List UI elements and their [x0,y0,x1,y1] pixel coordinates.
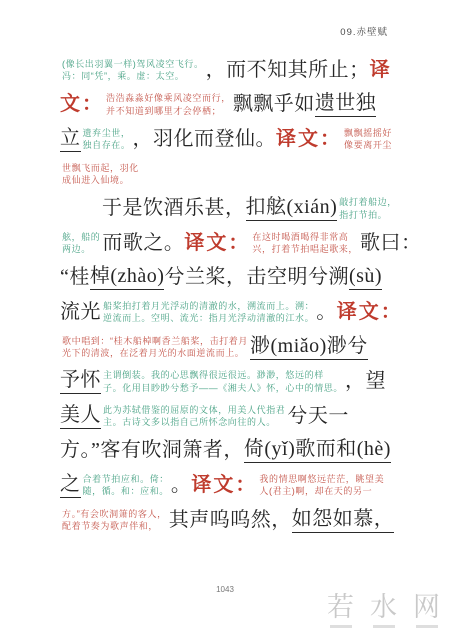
content: (像长出羽翼一样)驾风凌空飞行。冯：同“凭”，乘。虚：太空。，而不知其所止；译文… [60,53,400,537]
note-line: 像要离开尘 [344,139,392,152]
source-text: 其声呜呜然， [169,509,292,532]
source-text: 。 [316,301,337,324]
note-line: 浩浩淼淼好像乘风凌空而行， [106,92,231,105]
source-text-underlined: 如怨如慕， [292,508,395,533]
note-line: 成仙进入仙境。 [62,174,139,187]
watermark-subtext-mark [416,625,438,628]
translation-red-note: 方。”有会吹洞箫的客人，配着节奏为歌声伴和， [62,508,167,533]
note-line: 我的情思啊悠远茫茫，眺望美 [259,473,384,486]
text-line: 于是饮酒乐甚，扣舷(xián)敲打着船边，指打节拍。 [102,191,400,226]
annotation-green-note: (像长出羽翼一样)驾风凌空飞行。冯：同“凭”，乘。虚：太空。 [62,58,204,83]
text-line: (像长出羽翼一样)驾风凌空飞行。冯：同“凭”，乘。虚：太空。，而不知其所止；译 [60,53,400,88]
source-text: ，而不知其所止； [206,59,370,82]
source-text-underlined: 立 [60,127,81,152]
source-text-underlined: 予怀 [60,369,101,394]
note-line: 随，循。和：应和。 [83,485,169,498]
watermark-char: 若 [327,594,354,628]
note-line: 兴，打着节拍唱起歌来， [252,243,358,256]
text-line: 流光船桨拍打着月光浮动的清澈的水，溯流而上。溯：逆流而上。空明、流光：指月光浮动… [60,295,400,330]
source-text-underlined: 扣舷(xián) [246,196,338,221]
translation-red-note: 世飘飞而起，羽化成仙进入仙境。 [62,162,139,187]
note-line: 遗弃尘世， [83,127,131,140]
translation-label: 译文： [276,128,342,151]
text-line: 美人此为苏轼借鉴的屈原的文体，用美人代指君主。古诗文多以指自己所怀念向往的人。兮… [60,399,400,434]
note-line: 飘飘摇摇好 [344,127,392,140]
translation-red-note: 飘飘摇摇好像要离开尘 [344,127,392,152]
source-text-underlined: (sù) [349,265,382,290]
note-line: 方。”有会吹洞箫的客人， [62,508,167,521]
note-line: 配着节奏为歌声伴和， [62,520,167,533]
text-line: 之合着节拍应和。倚：随，循。和：应和。。译文：我的情思啊悠远茫茫，眺望美人(君主… [60,468,400,503]
watermark-subtext-mark [373,625,395,628]
translation-label: 译 [370,59,392,82]
source-text-underlined: 之 [60,473,81,498]
source-text: 流光 [60,301,101,324]
source-text-underlined: 美人 [60,404,101,429]
source-text: ，望 [345,370,386,393]
text-line: 世飘飞而起，羽化成仙进入仙境。 [60,157,400,192]
note-line: 主谓倒装。我的心思飘得很远很远。渺渺，悠远的样 [103,369,343,382]
source-text-underlined: 倚(yǐ)歌而和(hè) [244,438,391,463]
source-text: 于是饮酒乐甚， [102,197,246,220]
annotation-green-note: 敲打着船边，指打节拍。 [339,196,397,221]
note-line: 并不知道到哪里才会停栖； [106,105,231,118]
watermark-char: 网 [413,594,440,628]
source-text-underlined: 棹(zhào) [90,265,165,290]
annotation-green-note: 主谓倒装。我的心思飘得很远很远。渺渺，悠远的样子。化用目眇眇兮愁予——《湘夫人》… [103,369,343,394]
watermark-char-text: 网 [413,594,440,621]
source-text: ，羽化而登仙。 [133,128,277,151]
source-text: 。 [171,474,192,497]
text-line: 立遗弃尘世，独自存在。，羽化而登仙。译文：飘飘摇摇好像要离开尘 [60,122,400,157]
note-line: 船桨拍打着月光浮动的清澈的水，溯流而上。溯： [103,300,314,313]
source-text-underlined: 遗世独 [315,92,377,117]
note-line: 光下的清波，在泛着月光的水面逆流而上。 [62,347,248,360]
source-text: 歌曰： [360,232,422,255]
note-line: 此为苏轼借鉴的屈原的文体，用美人代指君 [103,404,285,417]
source-text: “桂 [60,266,90,289]
text-line: 舷，船的两边。而歌之。译文：在这时喝酒喝得非常高兴，打着节拍唱起歌来，歌曰： [60,226,400,261]
watermark-char: 水 [370,594,397,628]
text-line: 予怀主谓倒装。我的心思飘得很远很远。渺渺，悠远的样子。化用目眇眇兮愁予——《湘夫… [60,364,400,399]
text-line: 方。”客有吹洞箫者，倚(yǐ)歌而和(hè) [60,434,400,469]
translation-label: 文： [60,93,104,116]
source-text-underlined: 渺(miǎo)渺兮 [250,335,368,360]
text-line: 方。”有会吹洞箫的客人，配着节奏为歌声伴和，其声呜呜然，如怨如慕， [60,503,400,538]
annotation-green-note: 此为苏轼借鉴的屈原的文体，用美人代指君主。古诗文多以指自己所怀念向往的人。 [103,404,285,429]
source-text: 兮兰桨，击空明兮溯 [164,266,349,289]
watermark-char-text: 水 [370,594,397,621]
watermark: 若 水 网 [327,594,440,628]
watermark-char-text: 若 [327,594,354,621]
note-line: 人(君主)啊，却在天的另一 [259,485,384,498]
translation-red-note: 我的情思啊悠远茫茫，眺望美人(君主)啊，却在天的另一 [259,473,384,498]
source-text: 方。”客有吹洞箫者， [60,439,244,462]
watermark-subtext-mark [330,625,352,628]
note-line: 子。化用目眇眇兮愁予——《湘夫人》怀，心中的情思。 [103,382,343,395]
note-line: 舷，船的 [62,231,100,244]
text-line: 文：浩浩淼淼好像乘风凌空而行，并不知道到哪里才会停栖；飘飘乎如遗世独 [60,88,400,123]
page-header-chapter-title: 09.赤壁赋 [340,24,388,38]
note-line: 主。古诗文多以指自己所怀念向往的人。 [103,416,285,429]
source-text: 兮天一 [287,405,349,428]
text-line: “桂棹(zhào)兮兰桨，击空明兮溯(sù) [60,261,400,296]
note-line: 冯：同“凭”，乘。虚：太空。 [62,70,204,83]
note-line: 独自存在。 [83,139,131,152]
annotation-green-note: 船桨拍打着月光浮动的清澈的水，溯流而上。溯：逆流而上。空明、流光：指月光浮动清澈… [103,300,314,325]
note-line: 在这时喝酒喝得非常高 [252,231,358,244]
note-line: 世飘飞而起，羽化 [62,162,139,175]
note-line: 两边。 [62,243,100,256]
annotation-green-note: 舷，船的两边。 [62,231,100,256]
note-line: 逆流而上。空明、流光：指月光浮动清澈的江水。 [103,312,314,325]
translation-red-note: 在这时喝酒喝得非常高兴，打着节拍唱起歌来， [252,231,358,256]
note-line: 指打节拍。 [339,209,397,222]
source-text: 飘飘乎如 [233,93,315,116]
translation-label: 译文： [184,232,250,255]
annotation-green-note: 遗弃尘世，独自存在。 [83,127,131,152]
note-line: 合着节拍应和。倚： [83,473,169,486]
translation-label: 译文： [337,301,403,324]
translation-red-note: 浩浩淼淼好像乘风凌空而行，并不知道到哪里才会停栖； [106,92,231,117]
note-line: 歌中唱到：“桂木船棹啊香兰船桨，击打着月 [62,335,248,348]
source-text: 而歌之。 [102,232,184,255]
note-line: 敲打着船边， [339,196,397,209]
translation-red-note: 歌中唱到：“桂木船棹啊香兰船桨，击打着月光下的清波，在泛着月光的水面逆流而上。 [62,335,248,360]
annotation-green-note: 合着节拍应和。倚：随，循。和：应和。 [83,473,169,498]
note-line: (像长出羽翼一样)驾风凌空飞行。 [62,58,204,71]
text-line: 歌中唱到：“桂木船棹啊香兰船桨，击打着月光下的清波，在泛着月光的水面逆流而上。渺… [60,330,400,365]
translation-label: 译文： [191,474,257,497]
